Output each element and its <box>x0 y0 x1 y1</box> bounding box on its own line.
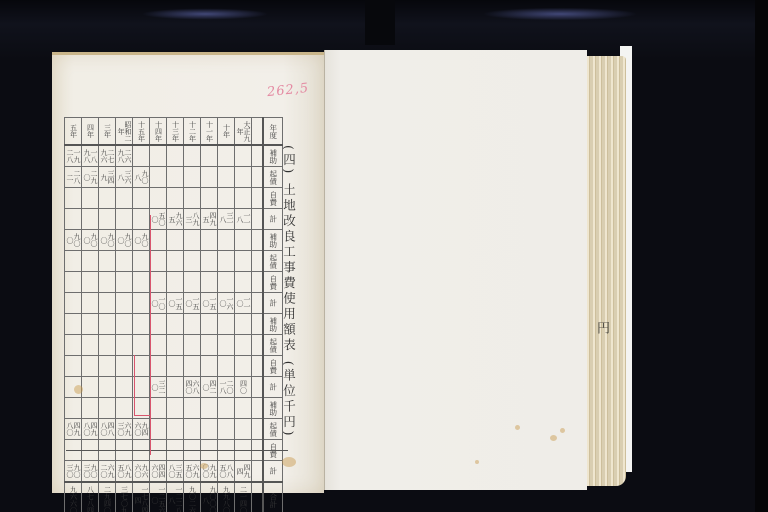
value-cell <box>65 272 82 293</box>
value-cell: 九四六〇 <box>133 419 150 440</box>
value-cell <box>116 209 133 230</box>
value-cell <box>82 398 99 419</box>
expense-ledger-table: 五年四年三年昭和二年十五年十四年十三年十二年十一年十年大正九年年度一九二八一八九… <box>64 117 283 512</box>
foxing-spot <box>200 463 208 469</box>
value-cell <box>235 314 252 335</box>
table-row: 三二〇六八四〇四二〇二〇一八四〇計 <box>65 377 283 398</box>
foxing-spot <box>560 428 565 433</box>
value-cell <box>201 356 218 377</box>
table-row: 自費 <box>65 188 283 209</box>
value-cell <box>235 251 252 272</box>
value-cell: 八八五〇 <box>218 461 235 483</box>
red-pencil-line <box>134 415 150 416</box>
value-cell: 九〇〇 <box>133 230 150 251</box>
value-cell: 四二〇 <box>201 377 218 398</box>
value-cell <box>167 377 184 398</box>
row-header-cell: 起債 <box>263 251 283 272</box>
table-row: 五年四年三年昭和二年十五年十四年十三年十二年十一年十年大正九年年度 <box>65 118 283 146</box>
value-cell <box>133 251 150 272</box>
value-cell <box>184 335 201 356</box>
value-cell: 一一〇 <box>235 293 252 314</box>
value-cell: 二九四〇 <box>99 482 116 512</box>
value-cell: 九〇〇 <box>65 230 82 251</box>
value-cell <box>184 398 201 419</box>
group-subcolumn <box>252 209 264 230</box>
row-header-cell: 自費 <box>263 356 283 377</box>
value-cell <box>116 314 133 335</box>
red-pencil-line <box>150 215 151 455</box>
value-cell <box>82 272 99 293</box>
value-cell <box>235 272 252 293</box>
value-cell <box>133 209 150 230</box>
unit-label: (単位千円) <box>282 361 297 439</box>
value-cell <box>150 145 167 167</box>
value-cell <box>218 188 235 209</box>
row-header-cell: 計 <box>263 293 283 314</box>
table-row: 一〇〇一五〇一五〇一五〇一六〇一一〇計 <box>65 293 283 314</box>
value-cell: 四九八〇 <box>65 419 82 440</box>
year-header-cell: 大正九年 <box>235 118 252 146</box>
table-row: 起債 <box>65 251 283 272</box>
foxing-spot <box>515 425 520 430</box>
year-header-cell: 十五年 <box>133 118 150 146</box>
value-cell: 四九八〇 <box>82 419 99 440</box>
group-subcolumn <box>252 145 264 167</box>
value-cell: 五〇〇 <box>150 209 167 230</box>
value-cell <box>167 314 184 335</box>
value-cell: 六九五〇 <box>184 461 201 483</box>
group-subcolumn <box>252 335 264 356</box>
row-header-cell: 合計 <box>263 482 283 512</box>
group-subcolumn <box>252 419 264 440</box>
value-cell <box>184 230 201 251</box>
group-subcolumn <box>252 461 264 483</box>
open-ledger-book: 円 262,5 (四) 土地改良工事費使用額表 (単位千円) 五年四年三年昭和二… <box>52 46 632 490</box>
value-cell: 三二〇 <box>150 377 167 398</box>
value-cell <box>218 314 235 335</box>
value-cell <box>82 335 99 356</box>
value-cell: 九六六〇 <box>133 461 150 483</box>
value-cell <box>82 293 99 314</box>
value-cell <box>201 230 218 251</box>
value-cell: 六八四〇 <box>184 377 201 398</box>
value-cell: 四九五 <box>201 209 218 230</box>
value-cell <box>184 272 201 293</box>
row-header-cell: 補助 <box>263 230 283 251</box>
foxing-spot <box>550 435 557 441</box>
foxing-spot <box>282 457 296 467</box>
value-cell <box>150 230 167 251</box>
value-cell <box>116 398 133 419</box>
group-subcolumn <box>252 377 264 398</box>
value-cell: 一二二八八 <box>167 482 184 512</box>
value-cell: 一五〇 <box>167 293 184 314</box>
value-cell <box>99 272 116 293</box>
value-cell <box>150 356 167 377</box>
value-cell <box>133 188 150 209</box>
value-cell <box>82 188 99 209</box>
group-subcolumn <box>252 272 264 293</box>
value-cell: 九六五 <box>167 209 184 230</box>
value-cell <box>235 335 252 356</box>
foxing-spot <box>74 385 83 394</box>
value-cell: 九〇二六 <box>184 482 201 512</box>
value-cell <box>218 230 235 251</box>
background-edge <box>755 0 768 512</box>
year-header-cell: 昭和二年 <box>116 118 133 146</box>
value-cell <box>184 167 201 188</box>
red-pencil-line <box>134 355 135 415</box>
value-cell <box>235 167 252 188</box>
group-subcolumn <box>252 251 264 272</box>
value-cell: 一一八 <box>235 209 252 230</box>
value-cell <box>65 335 82 356</box>
value-cell <box>218 251 235 272</box>
background-divider <box>365 0 395 45</box>
group-subcolumn <box>252 293 264 314</box>
value-cell: 八九五〇 <box>116 461 133 483</box>
value-cell <box>65 251 82 272</box>
table-row: 九〇三〇九〇三〇六九二〇八九五〇九六六〇四四六〇三五八〇六九五〇九九〇〇八八五〇… <box>65 461 283 483</box>
row-header-cell: 補助 <box>263 145 283 167</box>
table-row: 自費 <box>65 356 283 377</box>
value-cell <box>235 419 252 440</box>
value-cell: 一〇〇 <box>150 293 167 314</box>
value-cell: 三七〇九 <box>116 482 133 512</box>
value-cell: 六九二〇 <box>99 461 116 483</box>
value-cell <box>218 356 235 377</box>
value-cell <box>235 188 252 209</box>
group-subcolumn <box>252 356 264 377</box>
value-cell <box>201 314 218 335</box>
value-cell <box>150 398 167 419</box>
value-cell <box>133 356 150 377</box>
value-cell: 九〇三〇 <box>65 461 82 483</box>
value-cell <box>150 419 167 440</box>
value-cell <box>116 335 133 356</box>
value-cell <box>99 314 116 335</box>
value-cell <box>218 167 235 188</box>
table-row: 九六六〇八七八四二九四〇三七〇九一七八四四一二五六〇一二二八八九〇二六九〇〇〇八… <box>65 482 283 512</box>
value-cell <box>116 188 133 209</box>
value-cell <box>235 145 252 167</box>
group-subcolumn <box>252 167 264 188</box>
value-cell: 八七八四 <box>82 482 99 512</box>
value-cell <box>82 314 99 335</box>
row-header-cell: 計 <box>263 461 283 483</box>
value-cell <box>167 230 184 251</box>
value-cell <box>133 272 150 293</box>
value-cell: 九〇八 <box>133 167 150 188</box>
value-cell: 一五〇 <box>201 293 218 314</box>
value-cell <box>82 356 99 377</box>
value-cell: 九〇〇 <box>82 230 99 251</box>
value-cell <box>99 209 116 230</box>
value-cell <box>201 251 218 272</box>
value-cell <box>167 272 184 293</box>
value-cell <box>150 251 167 272</box>
value-cell <box>133 293 150 314</box>
value-cell: 九〇〇 <box>99 230 116 251</box>
value-cell <box>201 188 218 209</box>
pencil-annotation: 262,5 <box>266 81 310 100</box>
group-subcolumn <box>252 188 264 209</box>
value-cell: 二〇一八 <box>218 377 235 398</box>
row-header-cell: 計 <box>263 209 283 230</box>
value-cell <box>201 272 218 293</box>
table-row: 起債 <box>65 335 283 356</box>
value-cell <box>133 377 150 398</box>
table-row: 四九八〇四九八〇四八八〇六九三〇九四六〇起債 <box>65 419 283 440</box>
value-cell: 四九四 <box>235 461 252 483</box>
value-cell: 一二五六〇 <box>150 482 167 512</box>
value-cell <box>133 314 150 335</box>
value-cell <box>133 145 150 167</box>
value-cell <box>184 251 201 272</box>
value-cell: 四〇 <box>235 377 252 398</box>
table-row: 二八二二九〇三四九三六八九〇八起債 <box>65 167 283 188</box>
value-cell <box>133 335 150 356</box>
row-header-cell: 起債 <box>263 167 283 188</box>
value-cell <box>116 356 133 377</box>
value-cell <box>167 167 184 188</box>
value-cell <box>235 230 252 251</box>
value-cell: 一八九八 <box>82 145 99 167</box>
value-cell <box>218 335 235 356</box>
value-cell <box>65 314 82 335</box>
value-cell <box>184 188 201 209</box>
value-cell <box>82 251 99 272</box>
table-row: 五〇〇九六五八九三四九五三一八一一八計 <box>65 209 283 230</box>
value-cell: 三一八 <box>218 209 235 230</box>
year-header-cell: 五年 <box>65 118 82 146</box>
group-subcolumn <box>252 314 264 335</box>
value-cell <box>184 314 201 335</box>
value-cell <box>150 167 167 188</box>
value-cell <box>218 398 235 419</box>
value-cell <box>235 356 252 377</box>
value-cell <box>99 398 116 419</box>
value-cell <box>167 188 184 209</box>
value-cell <box>150 272 167 293</box>
row-header-cell: 補助 <box>263 398 283 419</box>
value-cell <box>65 356 82 377</box>
right-page-blank <box>324 50 587 490</box>
row-header-cell: 起債 <box>263 335 283 356</box>
value-cell <box>65 209 82 230</box>
table-row: 補助 <box>65 314 283 335</box>
year-header-cell: 十一年 <box>201 118 218 146</box>
value-cell: 六九三〇 <box>116 419 133 440</box>
value-cell <box>82 377 99 398</box>
foxing-spot <box>475 460 479 464</box>
value-cell <box>184 145 201 167</box>
value-cell: 九〇〇〇八 <box>201 482 218 512</box>
value-cell <box>218 145 235 167</box>
value-cell <box>201 398 218 419</box>
value-cell <box>99 356 116 377</box>
value-cell <box>167 356 184 377</box>
year-header-cell: 四年 <box>82 118 99 146</box>
table-row: 自費 <box>65 272 283 293</box>
value-cell <box>65 293 82 314</box>
value-cell <box>99 188 116 209</box>
value-cell: 一六〇 <box>218 293 235 314</box>
value-cell <box>218 272 235 293</box>
table-bottom-rule <box>66 450 288 451</box>
title-text: (四) 土地改良工事費使用額表 <box>282 145 297 354</box>
value-cell: 二一四〇 <box>235 482 252 512</box>
row-header-cell: 起債 <box>263 419 283 440</box>
table-row: 一九二八一八九八二七九六二六九八補助 <box>65 145 283 167</box>
value-cell <box>82 209 99 230</box>
value-cell <box>116 377 133 398</box>
value-cell: 九六六〇 <box>65 482 82 512</box>
value-cell: 三六八 <box>116 167 133 188</box>
value-cell <box>167 251 184 272</box>
row-header-cell: 補助 <box>263 314 283 335</box>
value-cell: 二六九八 <box>116 145 133 167</box>
value-cell <box>201 335 218 356</box>
value-cell <box>150 314 167 335</box>
value-cell: 八九三 <box>184 209 201 230</box>
row-header-cell: 計 <box>263 377 283 398</box>
year-header-cell: 十年 <box>218 118 235 146</box>
value-cell <box>184 356 201 377</box>
value-cell <box>167 419 184 440</box>
row-header-cell: 自費 <box>263 272 283 293</box>
value-cell: 九〇〇 <box>116 230 133 251</box>
left-page: 262,5 (四) 土地改良工事費使用額表 (単位千円) 五年四年三年昭和二年十… <box>52 52 324 493</box>
group-subcolumn <box>252 118 264 146</box>
value-cell: 一九二八 <box>65 145 82 167</box>
value-cell: 三四九 <box>99 167 116 188</box>
row-header-cell: 年度 <box>263 118 283 146</box>
value-cell <box>65 398 82 419</box>
value-cell <box>150 188 167 209</box>
value-cell <box>167 398 184 419</box>
value-cell <box>167 335 184 356</box>
value-cell: 九〇三〇 <box>82 461 99 483</box>
table-row: 補助 <box>65 398 283 419</box>
value-cell <box>99 377 116 398</box>
value-cell <box>99 251 116 272</box>
group-subcolumn <box>252 482 264 512</box>
value-cell: 九九八〇 <box>218 482 235 512</box>
value-cell: 一七八四四 <box>133 482 150 512</box>
value-cell: 一五〇 <box>184 293 201 314</box>
value-cell <box>150 335 167 356</box>
value-cell <box>235 398 252 419</box>
value-cell: 二八二 <box>65 167 82 188</box>
value-cell: 四四六〇 <box>150 461 167 483</box>
value-cell <box>201 419 218 440</box>
year-header-cell: 十二年 <box>184 118 201 146</box>
value-cell <box>201 167 218 188</box>
value-cell <box>167 145 184 167</box>
value-cell: 二九〇 <box>82 167 99 188</box>
value-cell <box>116 293 133 314</box>
value-cell <box>65 188 82 209</box>
group-subcolumn <box>252 398 264 419</box>
table-title: (四) 土地改良工事費使用額表 (単位千円) <box>282 145 295 438</box>
value-cell: 四八八〇 <box>99 419 116 440</box>
value-cell <box>116 272 133 293</box>
value-cell <box>99 335 116 356</box>
row-header-cell: 自費 <box>263 188 283 209</box>
year-header-cell: 十三年 <box>167 118 184 146</box>
value-cell: 二七九六 <box>99 145 116 167</box>
value-cell <box>201 145 218 167</box>
group-subcolumn <box>252 230 264 251</box>
page-edge-mark: 円 <box>592 321 611 334</box>
value-cell <box>218 419 235 440</box>
year-header-cell: 十四年 <box>150 118 167 146</box>
page-block-edge <box>584 56 626 486</box>
table-row: 九〇〇九〇〇九〇〇九〇〇九〇〇補助 <box>65 230 283 251</box>
value-cell <box>116 251 133 272</box>
value-cell <box>184 419 201 440</box>
value-cell: 三五八〇 <box>167 461 184 483</box>
value-cell <box>99 293 116 314</box>
year-header-cell: 三年 <box>99 118 116 146</box>
